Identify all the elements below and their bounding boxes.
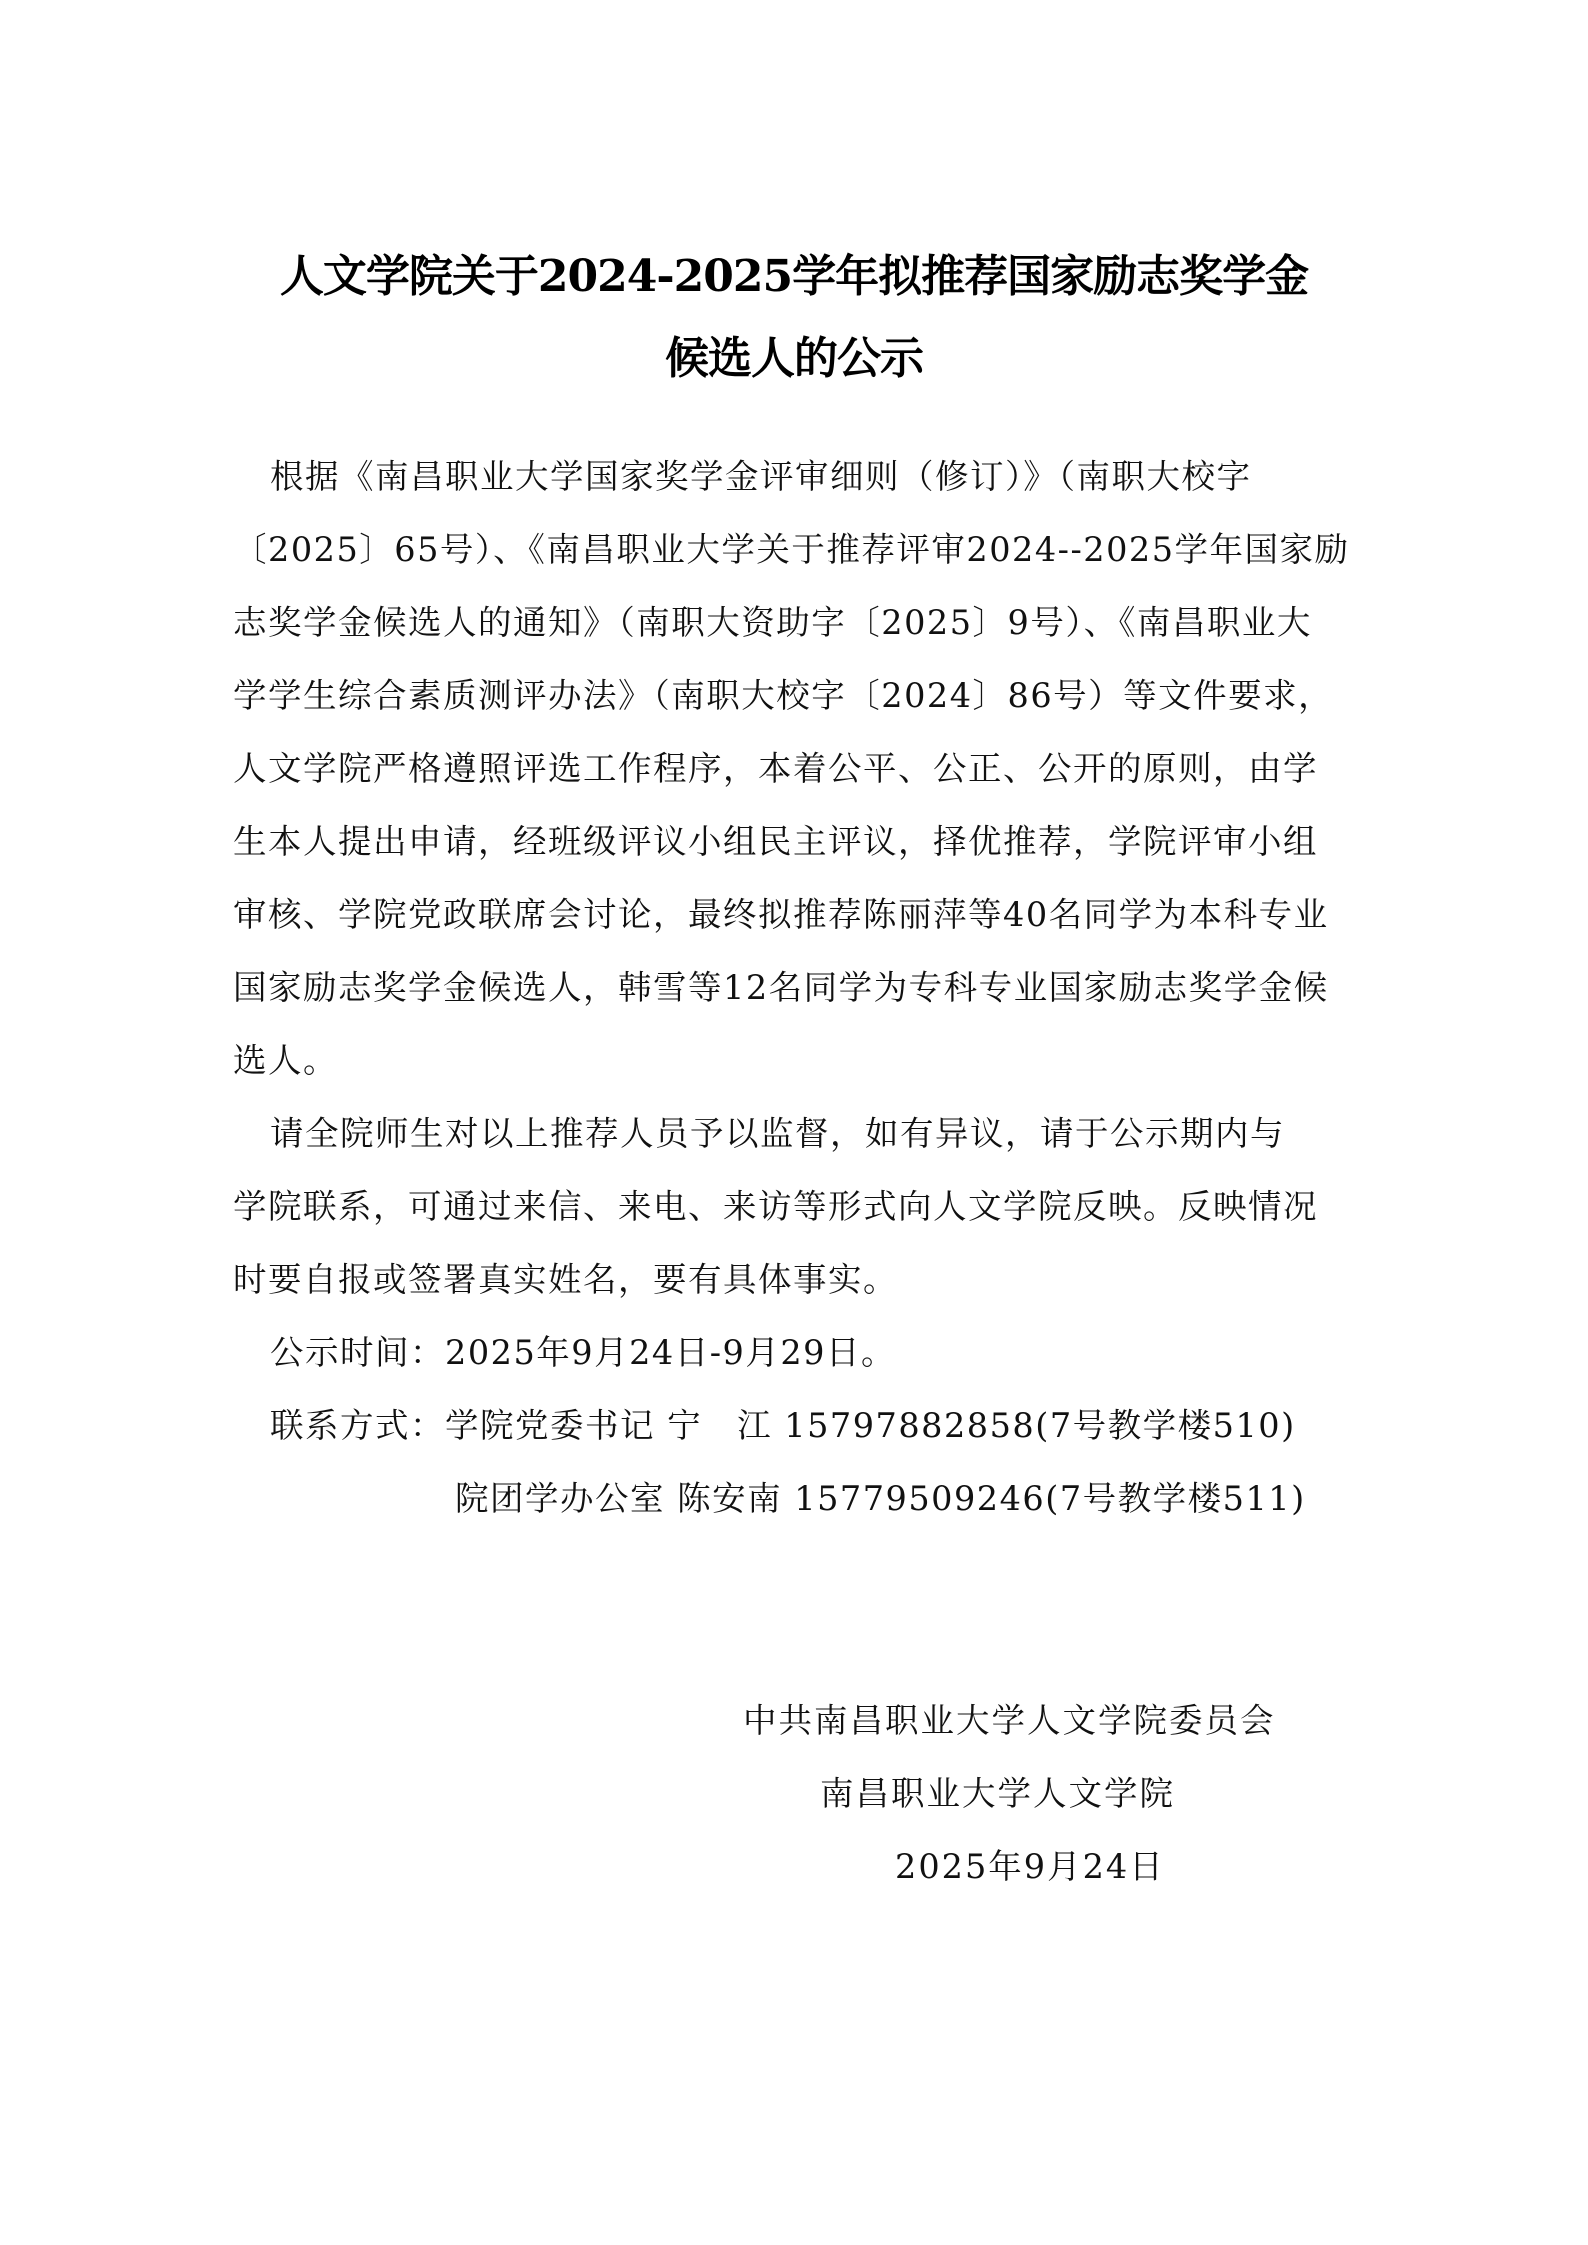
signature-org-college: 南昌职业大学人文学院 <box>820 1766 1175 1815</box>
document-title-line-2: 候选人的公示 <box>0 322 1588 386</box>
paragraph-line: 审核、学院党政联席会讨论，最终拟推荐陈丽萍等40名同学为本科专业 <box>233 895 1403 935</box>
paragraph-line: 人文学院严格遵照评选工作程序，本着公平、公正、公开的原则，由学 <box>233 749 1403 789</box>
publicity-period: 公示时间：2025年9月24日-9月29日。 <box>270 1333 1440 1373</box>
paragraph-line: 时要自报或签署真实姓名，要有具体事实。 <box>233 1260 1403 1300</box>
paragraph-line: 国家励志奖学金候选人，韩雪等12名同学为专科专业国家励志奖学金候 <box>233 968 1403 1008</box>
signature-date: 2025年9月24日 <box>895 1839 1165 1888</box>
paragraph-line: 学院联系，可通过来信、来电、来访等形式向人文学院反映。反映情况 <box>233 1187 1403 1227</box>
paragraph-line: 学学生综合素质测评办法》（南职大校字〔2024〕86号）等文件要求， <box>233 676 1403 716</box>
document-title-line-1: 人文学院关于2024-2025学年拟推荐国家励志奖学金 <box>0 240 1588 304</box>
paragraph-line: 选人。 <box>233 1041 1403 1081</box>
paragraph-line: 请全院师生对以上推荐人员予以监督，如有异议，请于公示期内与 <box>270 1114 1440 1154</box>
contact-line-office: 院团学办公室 陈安南 15779509246(7号教学楼511) <box>455 1479 1588 1519</box>
paragraph-line: 根据《南昌职业大学国家奖学金评审细则（修订）》（南职大校字 <box>270 457 1440 497</box>
document-page: 人文学院关于2024-2025学年拟推荐国家励志奖学金 候选人的公示 根据《南昌… <box>0 0 1588 2245</box>
signature-org-party-committee: 中共南昌职业大学人文学院委员会 <box>743 1693 1276 1742</box>
paragraph-line: 〔2025〕65号）、《南昌职业大学关于推荐评审2024--2025学年国家励 <box>233 530 1403 570</box>
paragraph-line: 生本人提出申请，经班级评议小组民主评议，择优推荐，学院评审小组 <box>233 822 1403 862</box>
paragraph-line: 志奖学金候选人的通知》（南职大资助字〔2025〕9号）、《南昌职业大 <box>233 603 1403 643</box>
contact-line-secretary: 联系方式：学院党委书记 宁 江 15797882858(7号教学楼510) <box>270 1406 1440 1446</box>
